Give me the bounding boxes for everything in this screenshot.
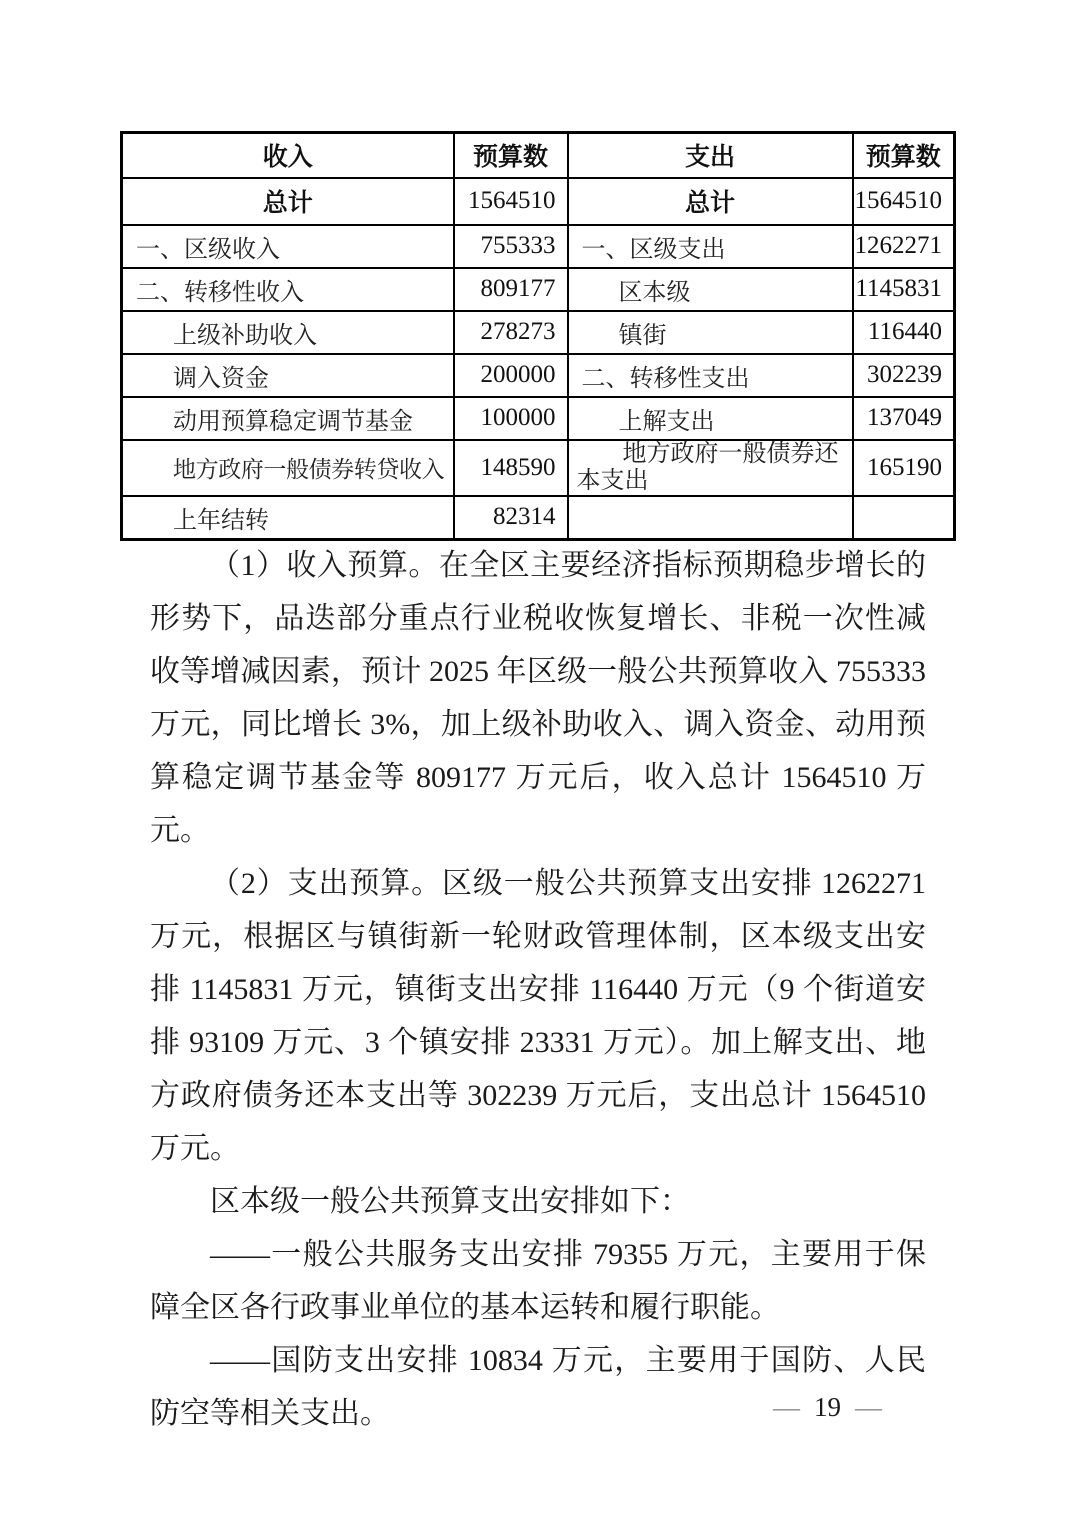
expense-value-cell: 165190	[853, 440, 955, 496]
expense-value-cell: 1564510	[853, 178, 955, 225]
table-row: 调入资金 200000 二、转移性支出 302239	[122, 354, 955, 397]
income-value-cell: 100000	[454, 397, 568, 440]
expense-value-cell: 1262271	[853, 225, 955, 268]
income-label-cell: 调入资金	[122, 354, 454, 397]
page-number: 19	[814, 1392, 841, 1422]
expense-label-cell: 区本级	[568, 268, 853, 311]
paragraph-defense-expense: ——国防支出安排 10834 万元，主要用于国防、人民防空等相关支出。	[150, 1334, 926, 1440]
income-label-cell: 总计	[122, 178, 454, 225]
table-row: 二、转移性收入 809177 区本级 1145831	[122, 268, 955, 311]
footer-dash-left: —	[773, 1392, 800, 1422]
table-row: 一、区级收入 755333 一、区级支出 1262271	[122, 225, 955, 268]
expense-value-cell: 116440	[853, 311, 955, 354]
expense-label-cell: 镇街	[568, 311, 853, 354]
expense-value-cell: 1145831	[853, 268, 955, 311]
paragraph-income-budget: （1）收入预算。在全区主要经济指标预期稳步增长的形势下，品迭部分重点行业税收恢复…	[150, 539, 926, 857]
income-value-cell: 755333	[454, 225, 568, 268]
expense-label-cell: 上解支出	[568, 397, 853, 440]
expense-value-cell	[853, 496, 955, 540]
document-page: 收入 预算数 支出 预算数 总计 1564510 总计 1564510 一、区级…	[0, 0, 1074, 1520]
col-header-income: 收入	[122, 133, 454, 178]
col-header-income-budget: 预算数	[454, 133, 568, 178]
col-header-expense-budget: 预算数	[853, 133, 955, 178]
expense-label-cell: 一、区级支出	[568, 225, 853, 268]
body-text: （1）收入预算。在全区主要经济指标预期稳步增长的形势下，品迭部分重点行业税收恢复…	[150, 539, 926, 1440]
paragraph-expense-budget: （2）支出预算。区级一般公共预算支出安排 1262271 万元，根据区与镇街新一…	[150, 857, 926, 1175]
income-value-cell: 148590	[454, 440, 568, 496]
paragraph-expense-intro: 区本级一般公共预算支出安排如下：	[150, 1175, 926, 1228]
table-header-row: 收入 预算数 支出 预算数	[122, 133, 955, 178]
expense-label-cell: 二、转移性支出	[568, 354, 853, 397]
expense-label-cell: 总计	[568, 178, 853, 225]
budget-table: 收入 预算数 支出 预算数 总计 1564510 总计 1564510 一、区级…	[120, 131, 956, 541]
income-label-cell: 上年结转	[122, 496, 454, 540]
table-row: 上级补助收入 278273 镇街 116440	[122, 311, 955, 354]
income-label-cell: 一、区级收入	[122, 225, 454, 268]
table-row-total: 总计 1564510 总计 1564510	[122, 178, 955, 225]
income-label-cell: 地方政府一般债券转贷收入	[122, 440, 454, 496]
income-value-cell: 809177	[454, 268, 568, 311]
paragraph-public-service-expense: ——一般公共服务支出安排 79355 万元，主要用于保障全区各行政事业单位的基本…	[150, 1228, 926, 1334]
income-label-cell: 二、转移性收入	[122, 268, 454, 311]
income-value-cell: 200000	[454, 354, 568, 397]
table-row: 地方政府一般债券转贷收入 148590 地方政府一般债券还本支出 165190	[122, 440, 955, 496]
table-row: 上年结转 82314	[122, 496, 955, 540]
page-footer: —19—	[0, 1390, 1074, 1424]
col-header-expense: 支出	[568, 133, 853, 178]
income-value-cell: 278273	[454, 311, 568, 354]
income-value-cell: 82314	[454, 496, 568, 540]
footer-dash-right: —	[855, 1392, 882, 1422]
expense-label-cell	[568, 496, 853, 540]
table-row: 动用预算稳定调节基金 100000 上解支出 137049	[122, 397, 955, 440]
expense-value-cell: 137049	[853, 397, 955, 440]
expense-label-cell: 地方政府一般债券还本支出	[568, 440, 853, 496]
income-label-cell: 上级补助收入	[122, 311, 454, 354]
expense-value-cell: 302239	[853, 354, 955, 397]
income-value-cell: 1564510	[454, 178, 568, 225]
income-label-cell: 动用预算稳定调节基金	[122, 397, 454, 440]
